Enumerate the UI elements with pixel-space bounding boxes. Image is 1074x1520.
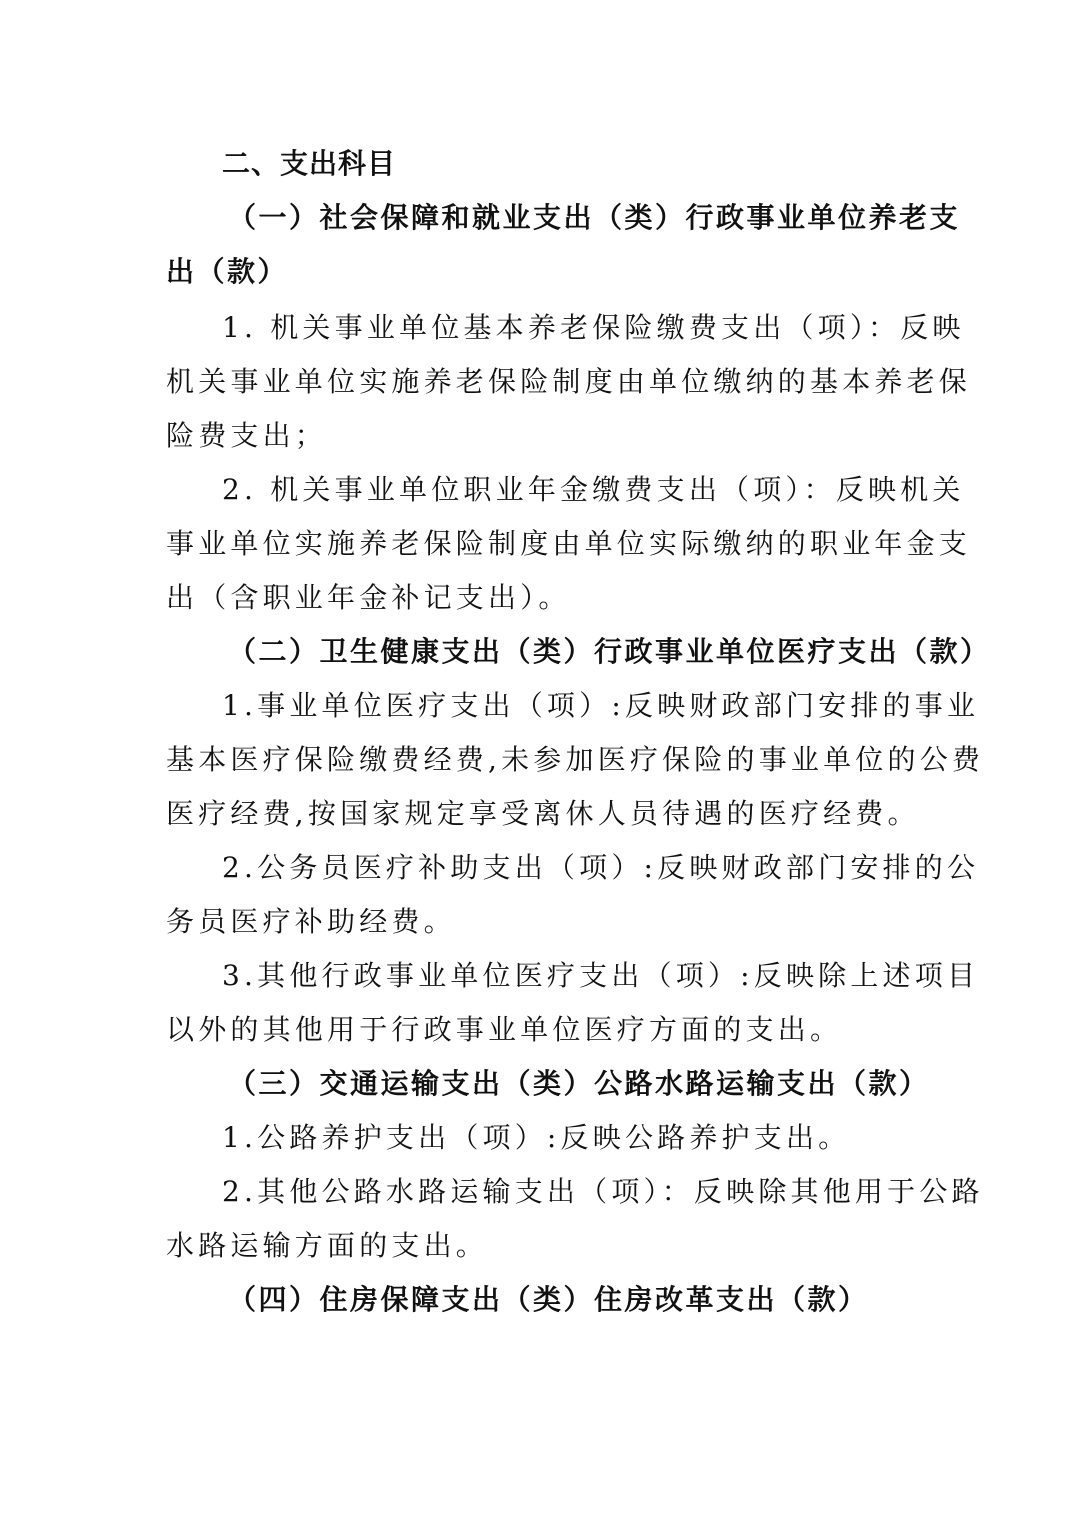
section-title: 二、支出科目 [222, 146, 968, 182]
paragraph-line: 务员医疗补助经费。 [166, 904, 912, 940]
paragraph-item-pension-insurance: 1. 机关事业单位基本养老保险缴费支出（项）：反映 [222, 310, 912, 346]
subsection-heading-housing: （四）住房保障支出（类）住房改革支出（款） [228, 1282, 974, 1318]
subsection-heading-social-security: （一）社会保障和就业支出（类）行政事业单位养老支 [228, 200, 974, 236]
paragraph-line: 机关事业单位实施养老保险制度由单位缴纳的基本养老保 [166, 364, 912, 400]
paragraph-item-institution-medical: 1.事业单位医疗支出（项）:反映财政部门安排的事业 [222, 688, 912, 724]
paragraph-item-civil-servant-medical: 2.公务员医疗补助支出（项）:反映财政部门安排的公 [222, 850, 912, 886]
paragraph-item-road-maintenance: 1.公路养护支出（项）:反映公路养护支出。 [222, 1120, 912, 1156]
paragraph-line: 水路运输方面的支出。 [166, 1228, 912, 1264]
paragraph-line: 医疗经费,按国家规定享受离休人员待遇的医疗经费。 [166, 796, 912, 832]
paragraph-line: 险费支出； [166, 418, 912, 454]
subsection-heading-transport: （三）交通运输支出（类）公路水路运输支出（款） [228, 1066, 974, 1102]
paragraph-item-occupational-annuity: 2. 机关事业单位职业年金缴费支出（项）：反映机关 [222, 472, 912, 508]
subsection-heading-social-security-cont: 出（款） [166, 254, 912, 290]
document-page: 二、支出科目 （一）社会保障和就业支出（类）行政事业单位养老支 出（款） 1. … [0, 0, 1074, 1520]
paragraph-line: 事业单位实施养老保险制度由单位实际缴纳的职业年金支 [166, 526, 912, 562]
paragraph-line: 以外的其他用于行政事业单位医疗方面的支出。 [166, 1012, 912, 1048]
paragraph-line: 出（含职业年金补记支出）。 [166, 580, 912, 616]
paragraph-line: 基本医疗保险缴费经费,未参加医疗保险的事业单位的公费 [166, 742, 912, 778]
subsection-heading-health: （二）卫生健康支出（类）行政事业单位医疗支出（款） [228, 634, 974, 670]
paragraph-item-other-medical: 3.其他行政事业单位医疗支出（项）:反映除上述项目 [222, 958, 912, 994]
paragraph-item-other-road-water: 2.其他公路水路运输支出（项）：反映除其他用于公路 [222, 1174, 912, 1210]
